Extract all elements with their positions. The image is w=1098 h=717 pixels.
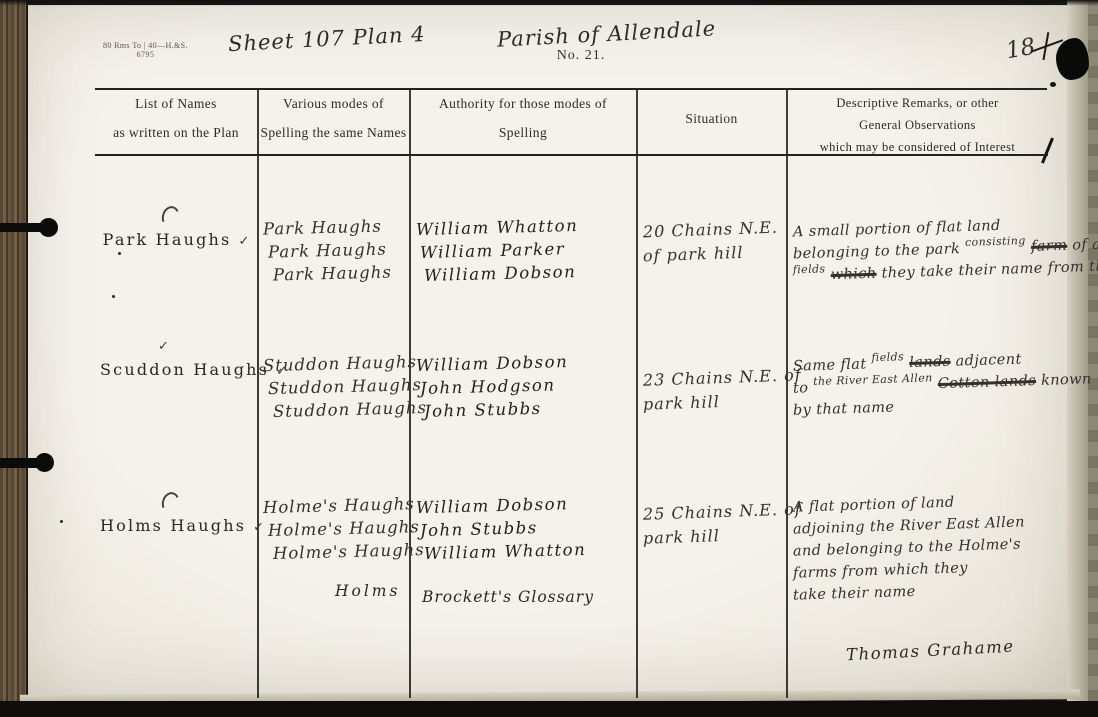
header-text: as written on the Plan xyxy=(95,125,257,141)
remarks-cell: Same flat fields lands adjacentto the Ri… xyxy=(793,354,1092,420)
remark-text: take their name xyxy=(793,584,916,604)
remark-text: to xyxy=(793,380,814,397)
scan-top-shadow xyxy=(0,0,1098,6)
struck-text: which xyxy=(830,266,876,283)
header-text: List of Names xyxy=(95,96,257,112)
situation-line: of park hill xyxy=(643,242,779,271)
table-top-rule xyxy=(95,88,1047,90)
remark-text: Same flat xyxy=(793,356,872,374)
remark-text: A flat portion of land xyxy=(793,495,955,516)
header-text: Various modes of xyxy=(258,96,409,112)
remarks-cell: A flat portion of landadjoining the Rive… xyxy=(793,496,1025,606)
spelling-line: Park Haughs xyxy=(273,262,392,288)
remark-text: of a few pasture xyxy=(1067,234,1098,254)
column-header-situation: Situation xyxy=(637,96,786,140)
name-cell: ✓Scuddon Haughs✓ xyxy=(100,360,252,380)
spelling-line: Park Haughs xyxy=(263,216,392,242)
paper-speck xyxy=(60,520,63,523)
paper-speck xyxy=(118,252,121,255)
scan-bottom-shadow xyxy=(0,701,1098,717)
inserted-text: the River East Allen xyxy=(813,371,933,388)
authority-reference: Brockett's Glossary xyxy=(422,588,594,606)
spelling-line: Park Haughs xyxy=(268,239,392,265)
spelling-line: Holme's Haughs xyxy=(273,540,425,567)
situation-cell: 25 Chains N.E. ofpark hill xyxy=(643,502,802,550)
remarks-cell: A small portion of flat landbelonging to… xyxy=(793,218,1098,284)
header-text: Situation xyxy=(637,111,786,127)
inserted-text: consisting xyxy=(965,234,1026,249)
extra-spelling: Holms xyxy=(335,582,400,600)
struck-text: farm xyxy=(1031,238,1068,255)
struck-text: Cotton lands xyxy=(938,373,1037,392)
flourish-mark xyxy=(159,204,182,229)
authority-line: John Stubbs xyxy=(424,398,569,425)
place-name: Scuddon Haughs xyxy=(100,360,269,379)
check-mark-above: ✓ xyxy=(158,338,169,354)
name-cell: Holms Haughs✓ xyxy=(100,516,252,536)
header-text: which may be considered of Interest xyxy=(787,140,1048,155)
spellings-cell: Studdon HaughsStuddon HaughsStuddon Haug… xyxy=(263,354,427,423)
table-row: Holms Haughs✓Holme's HaughsHolme's Haugh… xyxy=(0,484,1098,644)
header-text: General Observations xyxy=(787,118,1048,133)
spellings-cell: Park HaughsPark HaughsPark Haughs xyxy=(263,218,392,287)
inserted-text: fields xyxy=(871,350,904,364)
header-text: Spelling xyxy=(410,125,636,141)
authority-cell: William WhattonWilliam ParkerWilliam Dob… xyxy=(416,218,578,287)
authority-line: William Dobson xyxy=(424,262,579,289)
authority-cell: William DobsonJohn StubbsWilliam Whatton… xyxy=(416,496,586,565)
column-header-remarks: Descriptive Remarks, or other General Ob… xyxy=(787,96,1048,162)
name-cell: Park Haughs✓ xyxy=(100,230,252,250)
remark-text: by that name xyxy=(793,400,895,419)
spelling-line: Studdon Haughs xyxy=(273,398,428,425)
scanned-register-photo: 18 80 Rms To | 40—H.&S. 6795 Sheet 107 P… xyxy=(0,0,1098,717)
spellings-cell: Holme's HaughsHolme's HaughsHolme's Haug… xyxy=(263,496,425,565)
stamp-line: 6795 xyxy=(103,50,188,59)
column-header-authority: Authority for those modes of Spelling xyxy=(410,96,636,154)
header-text: Descriptive Remarks, or other xyxy=(787,96,1048,111)
place-name: Park Haughs xyxy=(103,230,232,249)
situation-line: park hill xyxy=(643,523,802,553)
struck-text: lands xyxy=(909,354,951,371)
ink-speck xyxy=(1050,82,1056,87)
remark-text: known xyxy=(1036,371,1092,389)
situation-cell: 23 Chains N.E. ofpark hill xyxy=(643,368,802,416)
column-header-names: List of Names as written on the Plan xyxy=(95,96,257,154)
flourish-mark xyxy=(159,490,182,515)
stamp-line: 80 Rms To | 40—H.&S. xyxy=(103,41,188,50)
check-mark: ✓ xyxy=(238,233,249,248)
remark-text: adjacent xyxy=(950,352,1022,370)
page-number-label: No. 21. xyxy=(536,48,626,64)
authority-line: William Whatton xyxy=(424,540,587,567)
place-name: Holms Haughs xyxy=(100,516,246,535)
paper-speck xyxy=(112,295,115,298)
authority-cell: William DobsonJohn HodgsonJohn Stubbs xyxy=(416,354,568,423)
header-text: Authority for those modes of xyxy=(410,96,636,112)
situation-line: park hill xyxy=(643,389,802,419)
column-header-spellings: Various modes of Spelling the same Names xyxy=(258,96,409,154)
inserted-text: fields xyxy=(793,262,826,276)
printers-stamp: 80 Rms To | 40—H.&S. 6795 xyxy=(103,41,188,59)
ink-blot xyxy=(1056,38,1089,80)
table-row: ✓Scuddon Haughs✓Studdon HaughsStuddon Ha… xyxy=(0,342,1098,502)
header-text: Spelling the same Names xyxy=(258,125,409,141)
situation-cell: 20 Chains N.E.of park hill xyxy=(643,220,778,268)
